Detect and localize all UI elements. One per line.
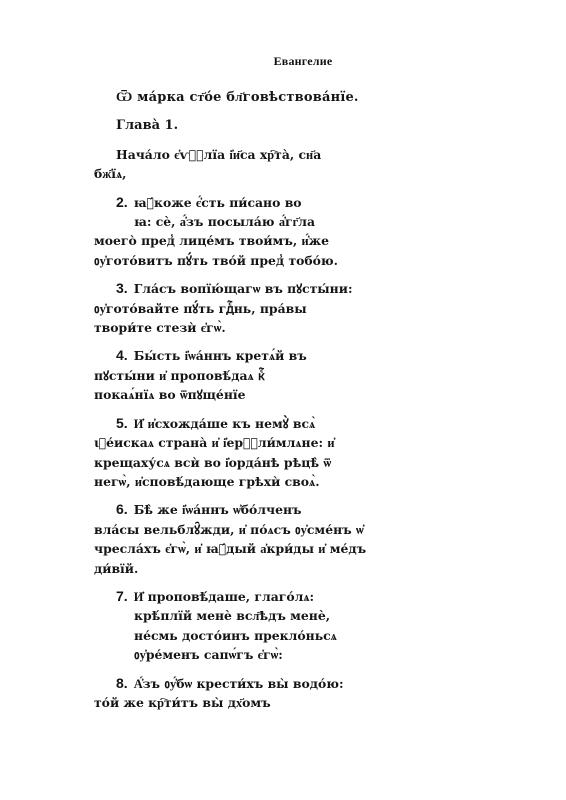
book-heading: Ѿ ма́рка ст҃о́е бл҃говѣствова́нїе.	[94, 88, 330, 107]
verse-1: Нача́ло є҆ѵⷢ҇лїа і҆и҃са хр҇та̀, сн҃а бж҃…	[94, 145, 330, 184]
verse-line: то́й же кр҇ти́тъ вы̀ дх҃омъ	[94, 693, 330, 712]
verse-number: 2.	[116, 193, 128, 212]
verse-line: 2.ꙗ҆́коже є҆́сть пи́сано во	[94, 193, 330, 212]
verse-line: моего̀ пред̾ лице́мъ твои́мъ, и҆́же	[94, 231, 330, 250]
verse-line: покаѧ́нїѧ во ѿпꙋще́нїе	[94, 385, 330, 404]
verse-line: чресла́хъ є҆гѡ̀, и҆ ꙗ҆́дый а҆кри́ды и҆ м…	[94, 539, 330, 558]
verse-line: не́смь досто́инъ прекло́ньсѧ	[94, 626, 330, 645]
verse-6: 6.Бѣ̀ же і҆ѡа́ннъ ѡ҆бо́лченъ вла́сы вель…	[94, 500, 330, 578]
page-header: Евангелие	[0, 54, 566, 69]
verse-2: 2.ꙗ҆́коже є҆́сть пи́сано во ꙗ: сѐ, а҆́зъ…	[94, 193, 330, 271]
verse-line: бж҃їѧ,	[94, 164, 330, 183]
verse-line: ди́вїй.	[94, 559, 330, 578]
verse-3: 3.Гла́съ вопїю́щагѡ въ пꙋсты́ни: ᲂу҆гото…	[94, 279, 330, 337]
chapter-heading: Глава̀ 1.	[94, 116, 330, 135]
verse-5: 5.И҆ и҆схожда́ше къ немꙋ̀ всѧ̀ ꙇⷣе́искаѧ…	[94, 414, 330, 492]
verse-number: 5.	[116, 414, 128, 433]
verse-line: ᲂу҆гото́вайте пꙋ́ть гдⷭ҇нь, пра́вы	[94, 299, 330, 318]
verse-line: 8.А҆́зъ ᲂу҆́бѡ крести́хъ вы̀ водо́ю:	[94, 674, 330, 693]
verse-line: вла́сы вельблꙋ̑жди, и҆ по́ѧсъ ᲂу҆сме́нъ …	[94, 520, 330, 539]
verse-line: ᲂу҆гото́витъ пꙋ́ть тво́й пред̾ тобо́ю.	[94, 251, 330, 270]
verse-line: 7.И҆ проповѣ́даше, глаго́лѧ:	[94, 587, 330, 606]
verse-line: ꙗ: сѐ, а҆́зъ посыла́ю а҆́гг҃ла	[94, 212, 330, 231]
verse-line: крещаху́сѧ всѝ во і҆орда́нѣ рѣцѣ̀ ѿ	[94, 453, 330, 472]
verse-7: 7.И҆ проповѣ́даше, глаго́лѧ: крѣ́плїй ме…	[94, 587, 330, 665]
verse-line: ꙇⷣе́искаѧ страна̀ и҆ і҆ерⷭ҇ли́млѧне: и҆	[94, 433, 330, 452]
verse-line: крѣ́плїй менѐ всл҃ѣдъ менѐ,	[94, 606, 330, 625]
verse-4: 4.Бы́сть і҆ѡа́ннъ кретѧ́й въ пꙋсты́ни и҆…	[94, 346, 330, 404]
verse-line: 3.Гла́съ вопїю́щагѡ въ пꙋсты́ни:	[94, 279, 330, 298]
verse-number: 8.	[116, 674, 128, 693]
verse-number: 4.	[116, 346, 128, 365]
verse-line: пꙋсты́ни и҆ проповѣ́даѧ кⷭ҇	[94, 366, 330, 385]
verse-8: 8.А҆́зъ ᲂу҆́бѡ крести́хъ вы̀ водо́ю: то́…	[94, 674, 330, 713]
verse-number: 3.	[116, 279, 128, 298]
verse-line: негѡ̀, и҆сповѣ́дающе грѣхѝ своѧ̀.	[94, 472, 330, 491]
verse-number: 6.	[116, 500, 128, 519]
verse-line: твори́те стезѝ є҆гѡ̀.	[94, 318, 330, 337]
verse-number: 7.	[116, 587, 128, 606]
verse-line: Нача́ло є҆ѵⷢ҇лїа і҆и҃са хр҇та̀, сн҃а	[94, 145, 330, 164]
verse-line: ᲂу҆ре́менъ сапѡ́гъ є҆гѡ̀:	[94, 645, 330, 664]
verse-line: 5.И҆ и҆схожда́ше къ немꙋ̀ всѧ̀	[94, 414, 330, 433]
verse-line: 6.Бѣ̀ же і҆ѡа́ннъ ѡ҆бо́лченъ	[94, 500, 330, 519]
verse-line: 4.Бы́сть і҆ѡа́ннъ кретѧ́й въ	[94, 346, 330, 365]
page-title: Евангелие	[274, 54, 333, 68]
scanned-text-page: Ѿ ма́рка ст҃о́е бл҃говѣствова́нїе. Глава…	[94, 88, 330, 712]
